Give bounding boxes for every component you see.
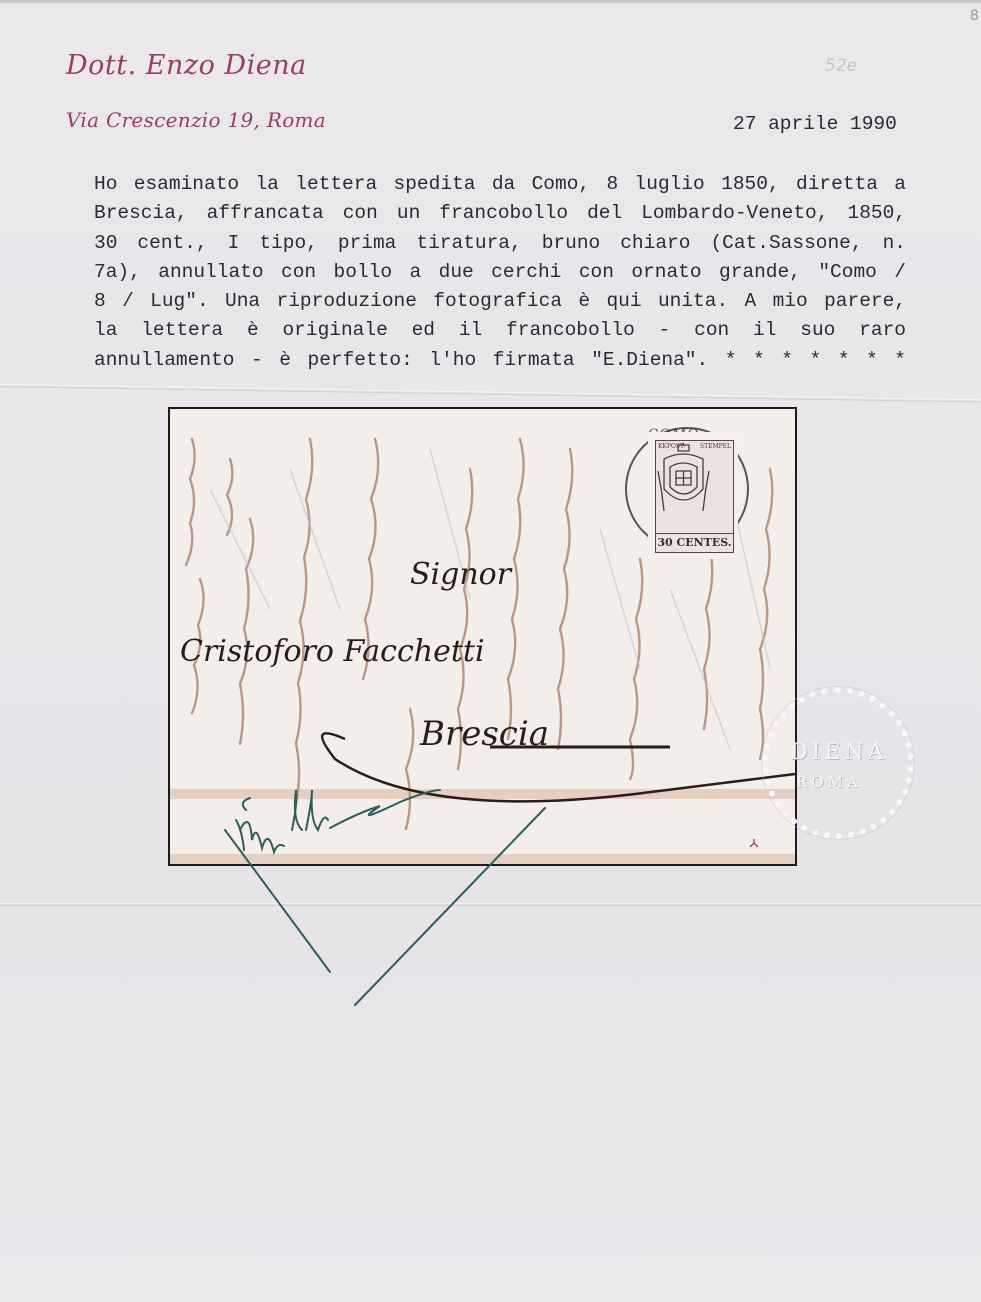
paper-fold [0, 903, 981, 906]
embossed-seal-name: DIENA [790, 740, 888, 765]
page-top-edge [0, 0, 981, 3]
certificate-line: 8 / Lug". Una riproduzione fotografica è… [94, 287, 906, 316]
certificate-line: Brescia, affrancata con un francobollo d… [94, 199, 906, 228]
letterhead-name: Dott. Enzo Diena [66, 50, 307, 81]
pencil-note: 52e [825, 56, 857, 76]
certificate-body: Ho esaminato la lettera spedita da Como,… [94, 170, 906, 375]
cover-photo: COMO KKPOST- STEMPEL 30 CENTES. Sig [168, 407, 797, 866]
paper-fold [0, 384, 981, 402]
address-flourish [170, 409, 795, 864]
letterhead-address: Via Crescenzio 19, Roma [66, 108, 326, 132]
certificate-line: 30 cent., I tipo, prima tiratura, bruno … [94, 229, 906, 258]
certificate-line: la lettera è originale ed il francobollo… [94, 316, 906, 345]
certificate-line: annullamento - è perfetto: l'ho firmata … [94, 346, 906, 375]
certificate-date: 27 aprile 1990 [733, 113, 897, 135]
certificate-line: Ho esaminato la lettera spedita da Como,… [94, 170, 906, 199]
certificate-line: 7a), annullato con bollo a due cerchi co… [94, 258, 906, 287]
page-number: 8 [970, 8, 979, 24]
embossed-seal-city: ROMA [796, 773, 862, 791]
